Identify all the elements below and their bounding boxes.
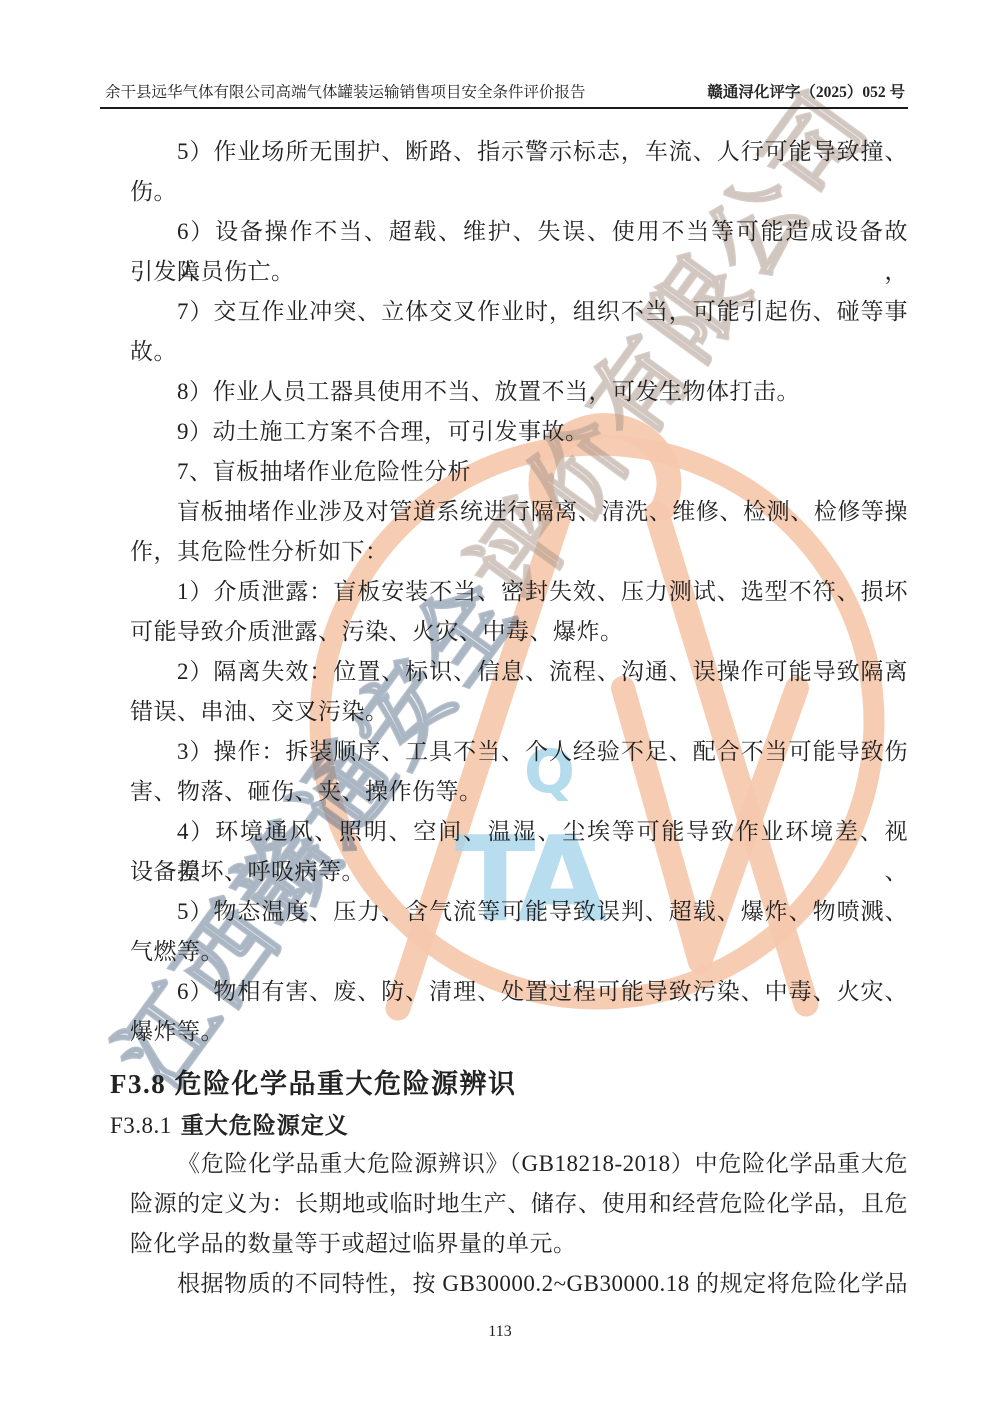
body-line: 7、盲板抽堵作业危险性分析 — [130, 452, 908, 492]
body-line: 错误、串油、交叉污染。 — [130, 692, 908, 732]
subsection-title: 重大危险源定义 — [181, 1112, 349, 1138]
page-number: 113 — [488, 1323, 511, 1340]
paragraph-line: 险源的定义为：长期地或临时地生产、储存、使用和经营危险化学品，且危 — [130, 1184, 908, 1224]
body-line: 6）设备操作不当、超载、维护、失误、使用不当等可能造成设备故障， — [130, 212, 908, 252]
body-line: 8）作业人员工器具使用不当、放置不当，可发生物体打击。 — [130, 372, 908, 412]
body-line: 6）物相有害、废、防、清理、处置过程可能导致污染、中毒、火灾、 — [130, 972, 908, 1012]
body-line: 气燃等。 — [130, 932, 908, 972]
header-report-title: 余干县远华气体有限公司高端气体罐装运输销售项目安全条件评价报告 — [105, 83, 586, 103]
subsection-heading: F3.8.1重大危险源定义 — [110, 1107, 908, 1144]
header-doc-number: 赣通浔化评字（2025）052 号 — [707, 83, 905, 103]
body-lines-block: 5）作业场所无围护、断路、指示警示标志，车流、人行可能导致撞、伤。6）设备操作不… — [130, 132, 908, 1052]
page-footer: 113 — [0, 1320, 1000, 1344]
body-line: 伤。 — [130, 172, 908, 212]
body-line: 9）动土施工方案不合理，可引发事故。 — [130, 412, 908, 452]
body-line: 爆炸等。 — [130, 1012, 908, 1052]
body-line: 1）介质泄露：盲板安装不当、密封失效、压力测试、选型不符、损坏 — [130, 572, 908, 612]
paragraph-line: 险化学品的数量等于或超过临界量的单元。 — [130, 1224, 908, 1264]
section-heading: F3.8 危险化学品重大危险源辨识 — [110, 1064, 908, 1104]
body-line: 盲板抽堵作业涉及对管道系统进行隔离、清洗、维修、检测、检修等操 — [130, 492, 908, 532]
paragraph-line: 《危险化学品重大危险源辨识》（GB18218-2018）中危险化学品重大危 — [130, 1144, 908, 1184]
body-line: 2）隔离失效：位置、标识、信息、流程、沟通、误操作可能导致隔离 — [130, 652, 908, 692]
body-line: 作，其危险性分析如下： — [130, 532, 908, 572]
body-line: 7）交互作业冲突、立体交叉作业时，组织不当，可能引起伤、碰等事 — [130, 292, 908, 332]
body-line: 可能导致介质泄露、污染、火灾、中毒、爆炸。 — [130, 612, 908, 652]
subsection-number: F3.8.1 — [110, 1113, 172, 1138]
body-line: 5）作业场所无围护、断路、指示警示标志，车流、人行可能导致撞、 — [130, 132, 908, 172]
body-line: 3）操作：拆装顺序、工具不当、个人经验不足、配合不当可能导致伤 — [130, 732, 908, 772]
body-line: 害、物落、砸伤、夹、操作伤等。 — [130, 772, 908, 812]
body-line: 4）环境通风、照明、空间、温湿、尘埃等可能导致作业环境差、视差、 — [130, 812, 908, 852]
body-line: 故。 — [130, 332, 908, 372]
body-line: 5）物态温度、压力、含气流等可能导致误判、超载、爆炸、物喷溅、 — [130, 892, 908, 932]
page-header: 余干县远华气体有限公司高端气体罐装运输销售项目安全条件评价报告 赣通浔化评字（2… — [0, 0, 1000, 103]
paragraph-line: 根据物质的不同特性，按 GB30000.2~GB30000.18 的规定将危险化… — [130, 1264, 908, 1304]
paragraph-lines-block: 《危险化学品重大危险源辨识》（GB18218-2018）中危险化学品重大危险源的… — [130, 1144, 908, 1304]
body-content: 5）作业场所无围护、断路、指示警示标志，车流、人行可能导致撞、伤。6）设备操作不… — [0, 109, 1000, 1344]
document-page: Q TA 江西赣通安全评价有限公司 余干县远华气体有限公司高端气体罐装运输销售项… — [0, 0, 1000, 1414]
